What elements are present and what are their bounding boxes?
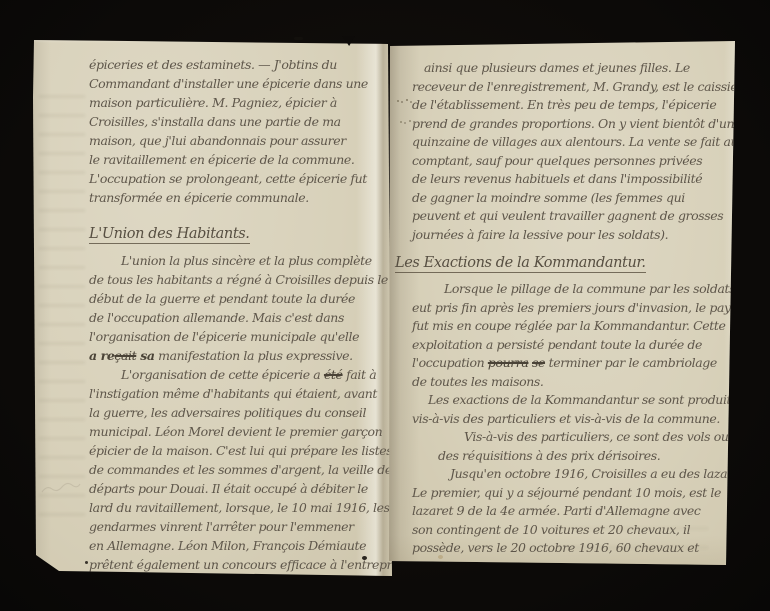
manuscript-line: receveur de l'enregistrement, M. Grandy,… — [412, 78, 728, 97]
manuscript-line: journées à faire la lessive pour les sol… — [412, 226, 728, 245]
line-segment: sa — [136, 348, 154, 363]
struck-word: se — [532, 355, 545, 370]
ink-specks — [400, 121, 402, 123]
paper-blemish — [85, 561, 88, 564]
manuscript-line: épiceries et des estaminets. — J'obtins … — [89, 55, 389, 74]
manuscript-line: son contingent de 10 voitures et 20 chev… — [412, 521, 728, 540]
manuscript-line: possède, vers le 20 octobre 1916, 60 che… — [412, 539, 728, 558]
manuscript-line-corrected: a reçait sa manifestation la plus expres… — [89, 346, 389, 365]
manuscript-line: la guerre, les adversaires politiques du… — [89, 403, 389, 422]
manuscript-line: ainsi que plusieurs dames et jeunes fill… — [412, 59, 728, 78]
manuscript-line: vis-à-vis des particuliers et vis-à-vis … — [412, 410, 728, 429]
manuscript-line: de leurs revenus habituels et dans l'imp… — [412, 170, 728, 189]
manuscript-line: transformée en épicerie communale. — [89, 188, 389, 207]
manuscript-line: prêtent également un concours efficace à… — [89, 555, 389, 574]
struck-word: été — [324, 367, 343, 382]
manuscript-line: lard du ravitaillement, lorsque, le 10 m… — [89, 498, 389, 517]
struck-word: pourra — [488, 355, 529, 370]
manuscript-line: de tous les habitants a régné à Croisill… — [89, 270, 389, 289]
manuscript-line: municipal. Léon Morel devient le premier… — [89, 422, 389, 441]
line-segment: terminer par le cambriolage — [545, 355, 717, 370]
manuscript-line: L'union la plus sincère et la plus compl… — [89, 251, 389, 270]
paper-blemish — [294, 37, 303, 40]
ink-specks — [397, 100, 399, 102]
manuscript-line: Vis-à-vis des particuliers, ce sont des … — [412, 428, 728, 447]
manuscript-line: épicier de la maison. C'est lui qui prép… — [89, 441, 389, 460]
manuscript-line: prend de grandes proportions. On y vient… — [412, 115, 728, 134]
section-heading-exactions: Les Exactions de la Kommandantur. — [395, 252, 728, 274]
manuscript-line: eut pris fin après les premiers jours d'… — [412, 299, 728, 318]
manuscript-line: peuvent et qui veulent travailler gagnen… — [412, 207, 728, 226]
margin-pencil-note — [40, 478, 82, 498]
manuscript-line: gendarmes vinrent l'arrêter pour l'emmen… — [89, 517, 389, 536]
manuscript-line: de commandes et les sommes d'argent, la … — [89, 460, 389, 479]
manuscript-line: de l'occupation allemande. Mais c'est da… — [89, 308, 389, 327]
manuscript-photo: épiceries et des estaminets. — J'obtins … — [0, 0, 770, 611]
manuscript-line: maison particulière. M. Pagniez, épicier… — [89, 93, 389, 112]
manuscript-line: exploitation a persisté pendant toute la… — [412, 336, 728, 355]
manuscript-line: Jusqu'en octobre 1916, Croisilles a eu d… — [412, 465, 728, 484]
left-page-text: épiceries et des estaminets. — J'obtins … — [89, 55, 389, 574]
manuscript-line-corrected: l'occupation pourra se terminer par le c… — [412, 354, 728, 373]
manuscript-line: comptant, sauf pour quelques personnes p… — [412, 152, 728, 171]
manuscript-line: l'instigation même d'habitants qui étaie… — [89, 384, 389, 403]
manuscript-line: en Allemagne. Léon Milon, François Démia… — [89, 536, 389, 555]
manuscript-line-corrected: L'organisation de cette épicerie a été f… — [89, 365, 389, 384]
manuscript-line: fut mis en coupe réglée par la Kommandan… — [412, 317, 728, 336]
manuscript-line: de gagner la moindre somme (les femmes q… — [412, 189, 728, 208]
manuscript-line: Les exactions de la Kommandantur se sont… — [412, 391, 728, 410]
struck-word: çait — [114, 348, 136, 363]
manuscript-line: de l'établissement. En très peu de temps… — [412, 96, 728, 115]
right-page: ainsi que plusieurs dames et jeunes fill… — [388, 39, 738, 567]
manuscript-line: le ravitaillement en épicerie de la comm… — [89, 150, 389, 169]
manuscript-line: lazaret 9 de la 4e armée. Parti d'Allema… — [412, 502, 728, 521]
manuscript-line: Lorsque le pillage de la commune par les… — [412, 280, 728, 299]
manuscript-line: début de la guerre et pendant toute la d… — [89, 289, 389, 308]
line-segment: L'organisation de cette épicerie a — [121, 367, 324, 382]
manuscript-line: Le premier, qui y a séjourné pendant 10 … — [412, 484, 728, 503]
line-segment: fait à — [343, 367, 377, 382]
manuscript-line: Commandant d'installer une épicerie dans… — [89, 74, 389, 93]
manuscript-line: de toutes les maisons. — [412, 373, 728, 392]
line-segment: manifestation la plus expressive. — [155, 348, 353, 363]
section-heading-union: L'Union des Habitants. — [89, 223, 389, 245]
right-page-text: ainsi que plusieurs dames et jeunes fill… — [412, 59, 728, 558]
manuscript-line: L'occupation se prolongeant, cette épice… — [89, 169, 389, 188]
manuscript-line: des réquisitions à des prix dérisoires. — [412, 447, 728, 466]
manuscript-line: l'organisation de l'épicerie municipale … — [89, 327, 389, 346]
paper-blemish — [362, 556, 367, 560]
foxing-spot — [438, 555, 443, 559]
verso-bleedthrough — [39, 95, 85, 525]
manuscript-line: Croisilles, s'installa dans une partie d… — [89, 112, 389, 131]
line-segment: a re — [89, 348, 114, 363]
manuscript-line: maison, que j'lui abandonnais pour assur… — [89, 131, 389, 150]
manuscript-line: départs pour Douai. Il était occupé à dé… — [89, 479, 389, 498]
left-page: épiceries et des estaminets. — J'obtins … — [33, 37, 392, 578]
manuscript-line: quinzaine de villages aux alentours. La … — [412, 133, 728, 152]
line-segment: l'occupation — [412, 355, 488, 370]
